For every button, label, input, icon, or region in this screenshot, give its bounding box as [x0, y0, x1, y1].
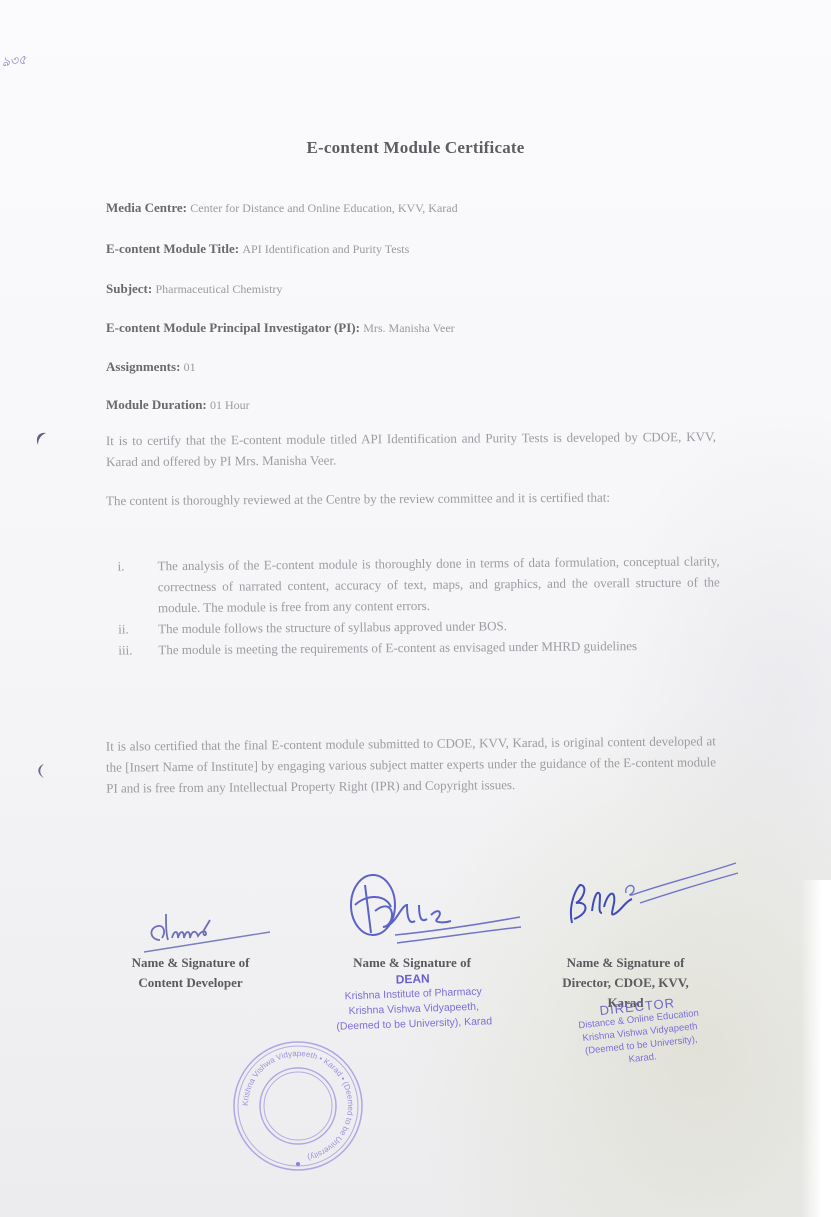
certificate-title: E-content Module Certificate [0, 138, 831, 158]
field-principal-investigator: E-content Module Principal Investigator … [106, 320, 455, 336]
dean-stamp: DEAN Krishna Institute of Pharmacy Krish… [295, 968, 532, 1036]
list-item: iii. The module is meeting the requireme… [110, 634, 720, 660]
field-value: Pharmaceutical Chemistry [155, 282, 282, 296]
certification-paragraph: It is to certify that the E-content modu… [106, 426, 716, 472]
margin-handwritten-note: ঌ৩৫ [1, 51, 28, 74]
punch-hole-mark [34, 431, 48, 447]
field-label: Assignments: [106, 359, 180, 374]
field-label: Media Centre: [106, 200, 187, 215]
field-value: 01 Hour [210, 398, 250, 412]
university-seal-icon: Krishna Vishwa Vidyapeeth • Karad • (Dee… [228, 1036, 368, 1176]
field-module-title: E-content Module Title: API Identificati… [106, 241, 409, 257]
list-text: The module is meeting the requirements o… [158, 638, 637, 657]
signature-caption-content-developer: Name & Signature of Content Developer [108, 953, 273, 993]
certified-points-list: i. The analysis of the E-content module … [110, 550, 721, 660]
paper-edge [801, 880, 831, 1217]
list-text: The analysis of the E-content module is … [158, 553, 720, 615]
list-item: i. The analysis of the E-content module … [110, 550, 721, 618]
review-paragraph: The content is thoroughly reviewed at th… [106, 486, 716, 511]
director-signature [560, 855, 740, 935]
field-value: API Identification and Purity Tests [242, 242, 409, 256]
list-number: iii. [118, 639, 148, 660]
punch-hole-mark [34, 763, 48, 779]
caption-line: Name & Signature of [108, 953, 273, 973]
content-developer-signature [140, 900, 280, 960]
list-number: ii. [118, 618, 148, 639]
field-module-duration: Module Duration: 01 Hour [106, 397, 250, 413]
caption-line: Director, CDOE, KVV, [538, 973, 713, 993]
list-number: i. [118, 555, 148, 576]
seal-text: Krishna Vishwa Vidyapeeth • Karad • (Dee… [241, 1049, 355, 1162]
field-label: Subject: [106, 281, 152, 296]
field-value: 01 [184, 360, 196, 374]
field-assignments: Assignments: 01 [106, 359, 196, 375]
caption-line: Name & Signature of [538, 953, 713, 973]
field-value: Mrs. Manisha Veer [363, 321, 454, 335]
list-text: The module follows the structure of syll… [158, 618, 507, 636]
field-subject: Subject: Pharmaceutical Chemistry [106, 281, 282, 297]
field-value: Center for Distance and Online Education… [190, 201, 457, 215]
originality-paragraph: It is also certified that the final E-co… [106, 730, 717, 798]
field-label: Module Duration: [106, 397, 207, 412]
field-label: E-content Module Principal Investigator … [106, 320, 360, 335]
caption-line: Content Developer [108, 973, 273, 993]
dean-signature [335, 865, 525, 955]
field-label: E-content Module Title: [106, 241, 239, 256]
field-media-centre: Media Centre: Center for Distance and On… [106, 200, 458, 216]
svg-text:Krishna Vishwa Vidyapeeth • Ka: Krishna Vishwa Vidyapeeth • Karad • (Dee… [241, 1049, 355, 1162]
